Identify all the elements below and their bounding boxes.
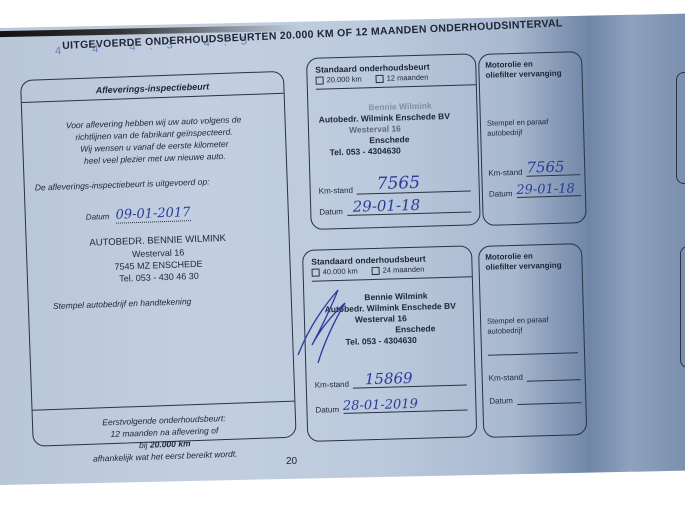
inspection-paragraph: Voor aflevering hebben wij uw auto volge… (22, 112, 286, 169)
date-value: 29-01-18 (352, 196, 420, 216)
divider (33, 401, 295, 411)
date-field[interactable]: Datum 28-01-2019 (315, 399, 475, 414)
box-title: Motorolie en oliefilter vervanging (485, 58, 582, 81)
option-label: 24 maanden (383, 265, 425, 275)
stamp-label: Stempel en paraaf autobedrijf (487, 314, 584, 337)
next-prefix: bij (139, 440, 150, 450)
stamp-label: Stempel autobedrijf en handtekening (53, 293, 291, 311)
km-value: 15869 (365, 369, 413, 388)
signature-line (488, 352, 578, 356)
option-label: 40.000 km (322, 266, 357, 276)
km-field[interactable]: Km-stand (489, 369, 585, 383)
date-label: Datum (489, 189, 513, 199)
date-value: 29-01-18 (516, 181, 575, 198)
title-line: oliefilter vervanging (485, 68, 581, 81)
oil-filter-box-2: Motorolie en oliefilter vervanging Stemp… (478, 243, 587, 438)
date-field[interactable]: Datum (489, 392, 585, 406)
stamp-label: Stempel en paraaf autobedrijf (487, 116, 584, 139)
stamp-label-line: autobedrijf (487, 324, 583, 337)
option-months[interactable]: 12 maanden (376, 73, 429, 83)
date-label: Datum (319, 207, 343, 217)
option-km[interactable]: 40.000 km (311, 266, 357, 276)
checkbox[interactable] (316, 77, 324, 85)
km-label: Km-stand (488, 168, 522, 178)
checkbox[interactable] (312, 269, 320, 277)
dealer-stamp: Bennie Wilmink Autobedr. Wilmink Ensched… (328, 99, 477, 158)
checkbox[interactable] (372, 267, 380, 275)
stamp-line: Tel. 053 - 4304630 (330, 143, 478, 158)
next-page-box-edge (676, 72, 685, 184)
service-box-1: Standaard onderhoudsbeurt 20.000 km 12 m… (306, 53, 481, 230)
next-km: 20.000 km (150, 438, 191, 449)
km-label: Km-stand (489, 373, 523, 383)
next-service-info: Eerstvolgende onderhoudsbeurt: 12 maande… (33, 410, 297, 467)
km-field[interactable]: Km-stand 7565 (488, 164, 584, 178)
signature-scribble (290, 285, 360, 365)
stamp-label-line: autobedrijf (487, 126, 583, 139)
km-field[interactable]: Km-stand 15869 (315, 374, 475, 389)
date-field: Datum 09-01-2017 (86, 202, 288, 224)
km-value: 7565 (377, 173, 421, 194)
page-number: 20 (286, 456, 297, 467)
date-value: 09-01-2017 (115, 205, 190, 224)
km-label: Km-stand (315, 380, 349, 390)
date-field[interactable]: Datum 29-01-18 (489, 185, 585, 199)
performed-on-label: De afleverings-inspectiebeurt is uitgevo… (35, 174, 287, 193)
box-title: Afleverings-inspectiebeurt (21, 79, 283, 103)
date-label: Datum (86, 212, 110, 222)
next-page-box-edge (680, 246, 685, 368)
option-months[interactable]: 24 maanden (372, 265, 425, 275)
date-value: 28-01-2019 (343, 397, 418, 414)
dealer-stamp: AUTOBEDR. BENNIE WILMINK Westerval 16 75… (27, 231, 291, 288)
date-label: Datum (315, 405, 339, 415)
stamp-line: Tel. 053 - 4304630 (345, 333, 473, 348)
oil-filter-box-1: Motorolie en oliefilter vervanging Stemp… (478, 51, 587, 226)
box-title: Motorolie en oliefilter vervanging (485, 250, 582, 273)
delivery-inspection-box: Afleverings-inspectiebeurt Voor afleveri… (20, 71, 297, 447)
checkbox[interactable] (376, 75, 384, 83)
title-line: oliefilter vervanging (485, 260, 581, 273)
option-km[interactable]: 20.000 km (315, 74, 361, 84)
option-label: 12 maanden (387, 73, 429, 83)
option-label: 20.000 km (326, 74, 361, 84)
km-field[interactable]: Km-stand 7565 (319, 180, 479, 195)
date-label: Datum (489, 396, 513, 406)
km-value: 7565 (526, 158, 565, 177)
date-field[interactable]: Datum 29-01-18 (319, 201, 479, 216)
km-label: Km-stand (319, 186, 353, 196)
